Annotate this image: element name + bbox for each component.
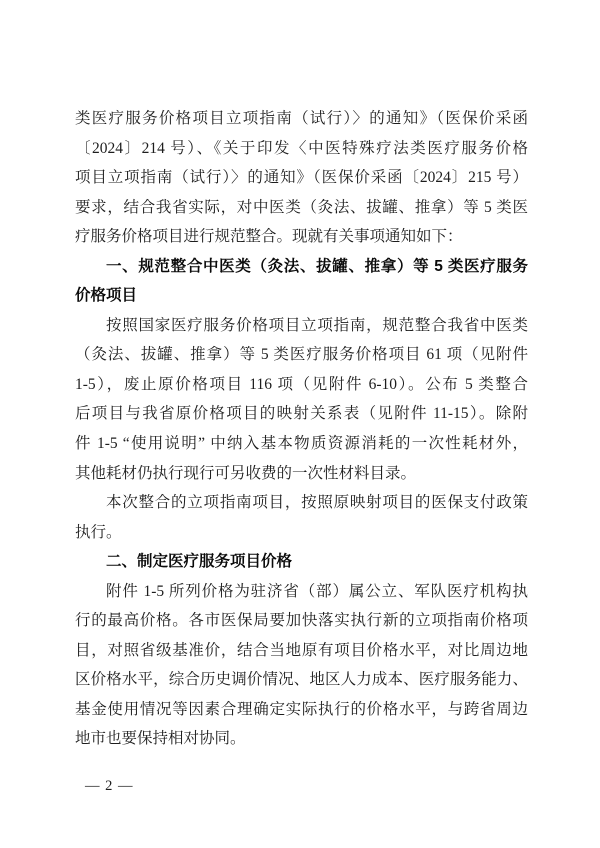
page-number: — 2 — bbox=[85, 776, 134, 796]
text-line: 本次整合的立项指南项目，按照原映射项目的医保支付政策 bbox=[75, 488, 528, 518]
heading-line: 价格项目 bbox=[75, 281, 528, 311]
text-line: 〔2024〕214 号）、《关于印发〈中医特殊疗法类医疗服务价格 bbox=[75, 134, 528, 164]
text-block: 类医疗服务价格项目立项指南（试行）〉的通知》（医保价采函〔2024〕214 号）… bbox=[75, 104, 528, 754]
text-line: 附件 1-5 所列价格为驻济省（部）属公立、军队医疗机构执 bbox=[75, 577, 528, 607]
text-line: 项目立项指南（试行）〉的通知》（医保价采函〔2024〕215 号） bbox=[75, 163, 528, 193]
text-line: 执行。 bbox=[75, 518, 528, 548]
text-line: 目，对照省级基准价，结合当地原有项目价格水平，对比周边地 bbox=[75, 636, 528, 666]
heading-line: 二、制定医疗服务项目价格 bbox=[75, 547, 528, 577]
text-line: 件 1-5 “使用说明” 中纳入基本物质资源消耗的一次性耗材外， bbox=[75, 429, 528, 459]
text-line: 地市也要保持相对协同。 bbox=[75, 724, 528, 754]
text-line: 其他耗材仍执行现行可另收费的一次性材料目录。 bbox=[75, 459, 528, 489]
text-line: 区价格水平，综合历史调价情况、地区人力成本、医疗服务能力、 bbox=[75, 665, 528, 695]
text-line: 疗服务价格项目进行规范整合。现就有关事项通知如下： bbox=[75, 222, 528, 252]
text-line: （灸法、拔罐、推拿）等 5 类医疗服务价格项目 61 项（见附件 bbox=[75, 340, 528, 370]
text-line: 按照国家医疗服务价格项目立项指南，规范整合我省中医类 bbox=[75, 311, 528, 341]
document-page: 类医疗服务价格项目立项指南（试行）〉的通知》（医保价采函〔2024〕214 号）… bbox=[0, 0, 600, 848]
text-line: 后项目与我省原价格项目的映射关系表（见附件 11-15）。除附 bbox=[75, 399, 528, 429]
text-line: 基金使用情况等因素合理确定实际执行的价格水平，与跨省周边 bbox=[75, 695, 528, 725]
text-line: 1-5），废止原价格项目 116 项（见附件 6-10）。公布 5 类整合 bbox=[75, 370, 528, 400]
text-line: 行的最高价格。各市医保局要加快落实执行新的立项指南价格项 bbox=[75, 606, 528, 636]
text-line: 类医疗服务价格项目立项指南（试行）〉的通知》（医保价采函 bbox=[75, 104, 528, 134]
heading-line: 一、规范整合中医类（灸法、拔罐、推拿）等 5 类医疗服务 bbox=[75, 252, 528, 282]
text-line: 要求，结合我省实际，对中医类（灸法、拔罐、推拿）等 5 类医 bbox=[75, 193, 528, 223]
